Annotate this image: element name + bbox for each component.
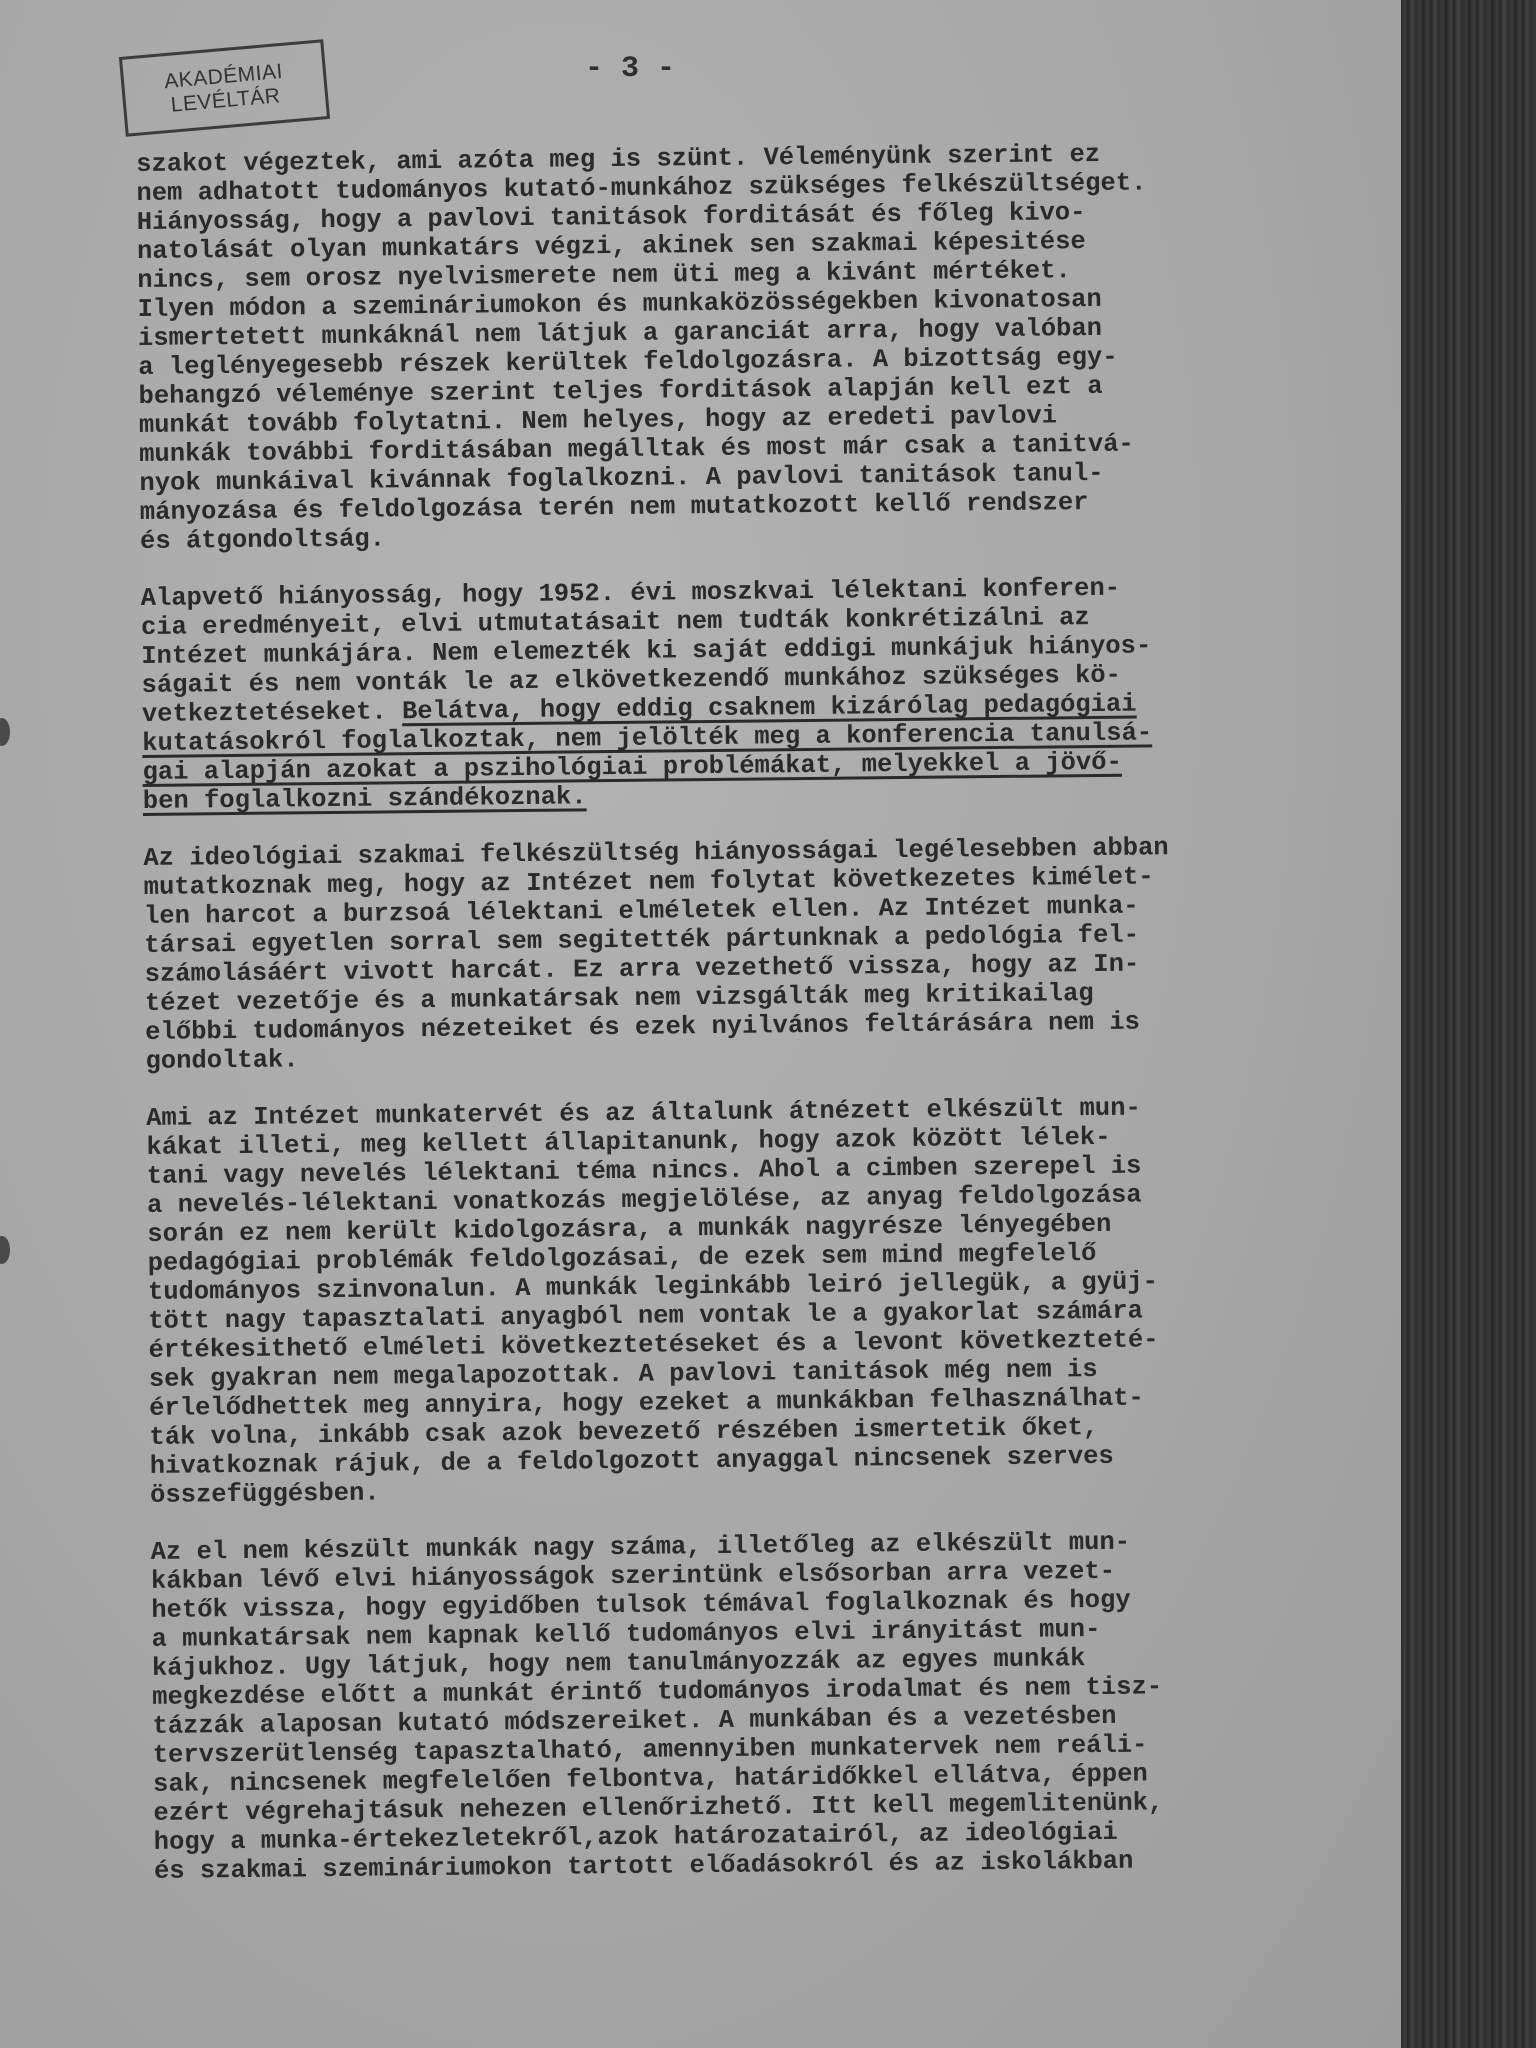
wood-background bbox=[1401, 0, 1536, 2048]
paragraph: szakot végeztek, ami azóta meg is szünt.… bbox=[136, 137, 1380, 556]
document-page: AKADÉMIAI LEVÉLTÁR - 3 - szakot végeztek… bbox=[0, 0, 1401, 2048]
paragraph: Ami az Intézet munkatervét és az általun… bbox=[146, 1091, 1390, 1510]
typewritten-body: szakot végeztek, ami azóta meg is szünt.… bbox=[136, 137, 1394, 1914]
paragraph: Alapvető hiányosság, hogy 1952. évi mosz… bbox=[141, 571, 1383, 816]
page-number: - 3 - bbox=[585, 52, 675, 86]
paragraph: Az el nem készült munkák nagy száma, ill… bbox=[151, 1525, 1395, 1886]
punch-hole bbox=[0, 718, 10, 746]
punch-hole bbox=[0, 1236, 10, 1264]
archive-stamp: AKADÉMIAI LEVÉLTÁR bbox=[119, 39, 330, 137]
paragraph: Az ideológiai szakmai felkészültség hián… bbox=[143, 831, 1385, 1076]
text-segment: vetkeztetéseket. bbox=[142, 697, 402, 729]
